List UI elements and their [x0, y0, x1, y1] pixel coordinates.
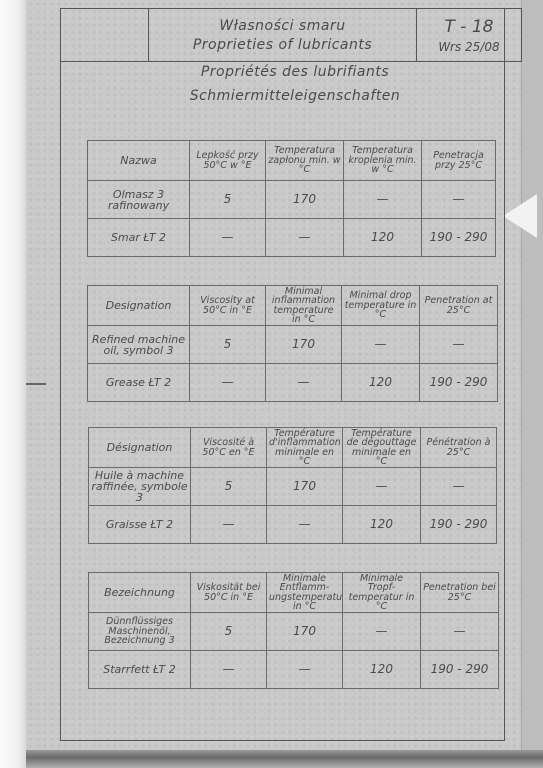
cell-name: Grease ŁT 2	[88, 364, 190, 402]
header-inflammation-temp: Minimale Entflamm-ungstemperatur in °C	[267, 573, 343, 613]
properties-table-polish: Nazwa Lepkość przy 50°C w °E Temperatura…	[87, 140, 496, 257]
header-drop-point: Temperatura kroplenia min. w °C	[344, 141, 422, 181]
table-header-row: Nazwa Lepkość przy 50°C w °E Temperatura…	[88, 141, 496, 181]
properties-table-english: Designation Viscosity at 50°C in °E Mini…	[87, 285, 498, 402]
title-block-blank-cell	[61, 9, 149, 61]
cell-flash-point: —	[266, 219, 344, 257]
cell-drop-temp: —	[342, 326, 420, 364]
cell-viscosity: 5	[190, 181, 266, 219]
properties-table-french: Désignation Viscosité à 50°C en °E Tempé…	[88, 427, 497, 544]
header-designation: Designation	[88, 286, 190, 326]
cell-drop-temp: —	[343, 468, 421, 506]
header-viscosity: Viscosité à 50°C en °E	[191, 428, 267, 468]
cell-viscosity: —	[191, 506, 267, 544]
cell-name: Huile à machine raffinée, symbole 3	[89, 468, 191, 506]
sheet-code: T - 18	[417, 17, 521, 37]
title-block-title: Własności smaru Proprieties of lubricant…	[149, 9, 417, 61]
cell-penetration: 190 - 290	[421, 506, 497, 544]
title-block: Własności smaru Proprieties of lubricant…	[60, 8, 522, 62]
header-designation: Bezeichnung	[89, 573, 191, 613]
cell-penetration: —	[421, 468, 497, 506]
header-penetration: Penetration at 25°C	[420, 286, 498, 326]
table-row: Grease ŁT 2 — — 120 190 - 290	[88, 364, 498, 402]
cell-drop-point: 120	[344, 219, 422, 257]
margin-mark	[26, 383, 46, 385]
header-viscosity: Viscosity at 50°C in °E	[190, 286, 266, 326]
cell-penetration: —	[420, 326, 498, 364]
cell-penetration: 190 - 290	[421, 651, 499, 689]
cell-viscosity: 5	[190, 326, 266, 364]
title-german: Schmiermitteleigenschaften	[150, 88, 440, 104]
cell-name: Refined machine oil, symbol 3	[88, 326, 190, 364]
header-drop-temp: Minimale Tropf-temperatur in °C	[343, 573, 421, 613]
header-drop-temp: Minimal drop temperature in °C	[342, 286, 420, 326]
cell-inflammation-temp: 170	[266, 326, 342, 364]
title-english: Proprieties of lubricants	[149, 35, 416, 55]
cell-drop-point: —	[344, 181, 422, 219]
table-header-row: Designation Viscosity at 50°C in °E Mini…	[88, 286, 498, 326]
cell-viscosity: —	[190, 219, 266, 257]
cell-penetration: 190 - 290	[420, 364, 498, 402]
cell-viscosity: 5	[191, 468, 267, 506]
table-row: Smar ŁT 2 — — 120 190 - 290	[88, 219, 496, 257]
header-viscosity: Viskosität bei 50°C in °E	[191, 573, 267, 613]
title-french: Propriétés des lubrifiants	[150, 64, 440, 80]
cell-viscosity: 5	[191, 613, 267, 651]
cell-inflammation-temp: 170	[267, 468, 343, 506]
header-flash-point: Temperatura zapłonu min. w °C	[266, 141, 344, 181]
cell-drop-temp: 120	[343, 506, 421, 544]
header-inflammation-temp: Température d'inflammation minimale en °…	[267, 428, 343, 468]
cell-viscosity: —	[191, 651, 267, 689]
cell-penetration: —	[421, 613, 499, 651]
scan-bottom-edge	[26, 750, 543, 768]
table-row: Graisse ŁT 2 — — 120 190 - 290	[89, 506, 497, 544]
cell-inflammation-temp: —	[267, 651, 343, 689]
table-row: Dünnflüssiges Maschinenöl, Bezeichnung 3…	[89, 613, 499, 651]
table-row: Starrfett ŁT 2 — — 120 190 - 290	[89, 651, 499, 689]
cell-name: Smar ŁT 2	[88, 219, 190, 257]
header-drop-temp: Température de dégouttage minimale en °C	[343, 428, 421, 468]
cell-drop-temp: —	[343, 613, 421, 651]
title-polish: Własności smaru	[149, 17, 416, 35]
header-inflammation-temp: Minimal inflammation temperature in °C	[266, 286, 342, 326]
header-penetration: Pénétration à 25°C	[421, 428, 497, 468]
cell-drop-temp: 120	[343, 651, 421, 689]
properties-table-german: Bezeichnung Viskosität bei 50°C in °E Mi…	[88, 572, 499, 689]
header-designation: Désignation	[89, 428, 191, 468]
header-name: Nazwa	[88, 141, 190, 181]
cell-penetration: —	[422, 181, 496, 219]
cell-viscosity: —	[190, 364, 266, 402]
cell-name: Starrfett ŁT 2	[89, 651, 191, 689]
cell-name: Graisse ŁT 2	[89, 506, 191, 544]
table-header-row: Bezeichnung Viskosität bei 50°C in °E Mi…	[89, 573, 499, 613]
header-penetration: Penetration bei 25°C	[421, 573, 499, 613]
cell-inflammation-temp: —	[267, 506, 343, 544]
page-right-edge	[521, 0, 543, 753]
table-row: Huile à machine raffinée, symbole 3 5 17…	[89, 468, 497, 506]
table-row: Olmasz 3 rafinowany 5 170 — —	[88, 181, 496, 219]
cell-inflammation-temp: 170	[267, 613, 343, 651]
header-viscosity: Lepkość przy 50°C w °E	[190, 141, 266, 181]
scan-left-margin	[0, 0, 26, 768]
page-tab-notch	[503, 194, 537, 238]
cell-drop-temp: 120	[342, 364, 420, 402]
cell-penetration: 190 - 290	[422, 219, 496, 257]
cell-flash-point: 170	[266, 181, 344, 219]
title-block-code: T - 18 Wrs 25/08	[417, 9, 521, 61]
cell-name: Dünnflüssiges Maschinenöl, Bezeichnung 3	[89, 613, 191, 651]
cell-inflammation-temp: —	[266, 364, 342, 402]
header-penetration: Penetracja przy 25°C	[422, 141, 496, 181]
table-row: Refined machine oil, symbol 3 5 170 — —	[88, 326, 498, 364]
cell-name: Olmasz 3 rafinowany	[88, 181, 190, 219]
table-header-row: Désignation Viscosité à 50°C en °E Tempé…	[89, 428, 497, 468]
sheet-reference: Wrs 25/08	[417, 38, 521, 56]
